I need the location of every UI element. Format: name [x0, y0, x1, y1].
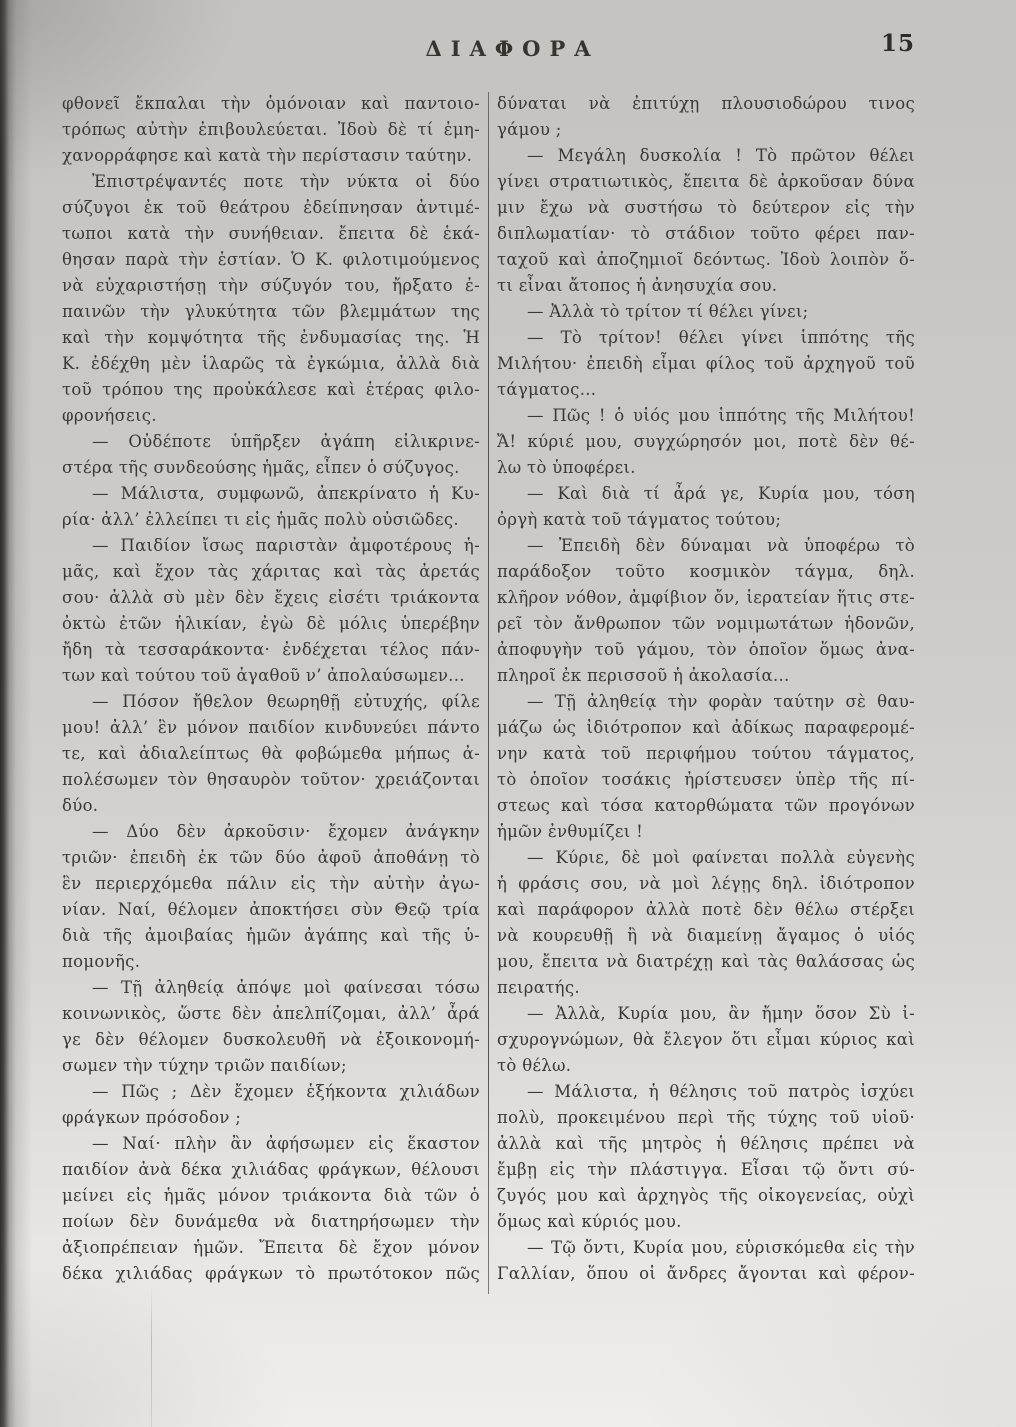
text-line: πολέσωμεν τὸν θησαυρὸν τοῦτον· χρειάζοντ… — [62, 767, 480, 793]
text-line: — Τῇ ἀληθείᾳ ἀπόψε μοὶ φαίνεσαι τόσω — [62, 975, 480, 1001]
text-line: τι εἶναι ἄτοπος ἡ ἀνησυχία σου. — [497, 273, 915, 299]
text-line: ὅμως καὶ κύριός μου. — [497, 1209, 915, 1235]
text-line: μᾶς, καὶ ἔχον τὰς χάριτας καὶ τὰς ἀρετάς — [62, 559, 480, 585]
text-line: τὸ θέλω. — [497, 1053, 915, 1079]
text-line: τε, καὶ ἀδιαλείπτως θὰ φοβώμεθα μήπως ἀ- — [62, 741, 480, 767]
text-line: — Ναί· πλὴν ἂν ἀφήσωμεν εἰς ἕκαστον — [62, 1131, 480, 1157]
text-line: — Τὸ τρίτον! θέλει γίνει ἱππότης τῆς — [497, 325, 915, 351]
page-header-title: ΔΙΑΦΟΡΑ — [0, 36, 1016, 61]
text-line: πομονῆς. — [62, 949, 480, 975]
text-line: — Ἀλλὰ τὸ τρίτον τί θέλει γίνει; — [497, 299, 915, 325]
text-line: ἡ φράσις σου, νὰ μοὶ λέγῃς δηλ. ἰδιότροπ… — [497, 871, 915, 897]
text-line: μου! ἀλλ’ ἓν μόνον παιδίον κινδυνεύει πά… — [62, 715, 480, 741]
text-line: φρονήσεις. — [62, 403, 480, 429]
text-line: ὀργὴ κατὰ τοῦ τάγματος τούτου; — [497, 507, 915, 533]
text-line: μείνει εἰς ἡμᾶς μόνον τριάκοντα διὰ τῶν … — [62, 1183, 480, 1209]
text-line: διὰ τῆς ἀμοιβαίας ἡμῶν ἀγάπης καὶ τῆς ὑ- — [62, 923, 480, 949]
text-line: — Οὐδέποτε ὑπῆρξεν ἀγάπη εἰλικρινε- — [62, 429, 480, 455]
text-line: γάμου ; — [497, 117, 915, 143]
text-line: ρία· ἀλλ’ ἐλλείπει τι εἰς ἡμᾶς πολὺ οὐσι… — [62, 507, 480, 533]
text-line: στέρα τῆς συνδεούσης ἡμᾶς, εἶπεν ὁ σύζυγ… — [62, 455, 480, 481]
text-line: ρεῖ τὸν ἄνθρωπον τῶν νομιμωτάτων ἡδονῶν, — [497, 611, 915, 637]
page-number: 15 — [881, 30, 915, 57]
text-line: — Καὶ διὰ τί ἆρά γε, Κυρία μου, τόση — [497, 481, 915, 507]
text-line: — Παιδίον ἴσως παριστὰν ἀμφοτέρους ἡ- — [62, 533, 480, 559]
text-block: φθονεῖ ἔκπαλαι τὴν ὁμόνοιαν καὶ παντοιο-… — [62, 91, 915, 1294]
text-line: — Δύο δὲν ἀρκοῦσιν· ἔχομεν ἀνάγκην — [62, 819, 480, 845]
text-line: ἔμβῃ εἰς τὴν πλάστιγγα. Εἶσαι τῷ ὄντι σύ… — [497, 1157, 915, 1183]
text-line: τοῦ τρόπου της προὐκάλεσε καὶ ἑτέρας φιλ… — [62, 377, 480, 403]
text-line: πληροῖ ἐκ περισσοῦ ἡ ἀκολασία... — [497, 663, 915, 689]
text-line: κλῆρον νόθον, ἀμφίβιον ὄν, ἱερατείαν ἥτι… — [497, 585, 915, 611]
text-line: δύο. — [62, 793, 480, 819]
paper-crease — [151, 1284, 152, 1427]
text-line: μάζω ὡς ἰδιότροπον καὶ ἀδίκως παραφερομέ… — [497, 715, 915, 741]
text-line: — Μάλιστα, συμφωνῶ, ἀπεκρίνατο ἡ Κυ- — [62, 481, 480, 507]
text-line: — Πόσον ἤθελον θεωρηθῇ εὐτυχής, φίλε — [62, 689, 480, 715]
text-line: — Πῶς ; Δὲν ἔχομεν ἑξήκοντα χιλιάδων — [62, 1079, 480, 1105]
left-column: φθονεῖ ἔκπαλαι τὴν ὁμόνοιαν καὶ παντοιο-… — [62, 91, 480, 1294]
text-line: — Τῇ ἀληθείᾳ τὴν φορὰν ταύτην σὲ θαυ- — [497, 689, 915, 715]
text-line: νίαν. Ναί, θέλομεν ἀποκτήσει σὺν Θεῷ τρί… — [62, 897, 480, 923]
text-line: καὶ τὴν κομψότητα τῆς ἐνδυμασίας της. Ἡ — [62, 325, 480, 351]
text-line: καὶ παράφορον ἀλλὰ ποτὲ δὲν θέλω στέρξει — [497, 897, 915, 923]
text-line: διπλωματίαν· τὸ στάδιον τοῦτο φέρει παν- — [497, 221, 915, 247]
column-divider-line — [488, 92, 489, 1294]
text-line: σωμεν τὴν τύχην τριῶν παιδίων; — [62, 1053, 480, 1079]
text-line: σου· ἀλλὰ σὺ μὲν δὲν ἔχεις εἰσέτι τριάκο… — [62, 585, 480, 611]
text-line: Κ. ἐδέχθη μὲν ἱλαρῶς τὰ ἐγκώμια, ἀλλὰ δι… — [62, 351, 480, 377]
text-line: παράδοξον τοῦτο κοσμικὸν τάγμα, δηλ. — [497, 559, 915, 585]
text-line: πειρατής. — [497, 975, 915, 1001]
text-line: — Ἀλλὰ, Κυρία μου, ἂν ἤμην ὅσον Σὺ ἰ- — [497, 1001, 915, 1027]
text-line: ἀλλὰ καὶ τῆς μητρὸς ἡ θέλησις πρέπει νὰ — [497, 1131, 915, 1157]
text-line: γίνει στρατιωτικὸς, ἔπειτα δὲ ἀρκοῦσαν δ… — [497, 169, 915, 195]
text-line: παινῶν τὴν γλυκύτητα τῶν βλεμμάτων της — [62, 299, 480, 325]
text-line: Ἐπιστρέψαντές ποτε τὴν νύκτα οἱ δύο — [62, 169, 480, 195]
text-line: τρόπως αὐτὴν ἐπιβουλεύεται. Ἰδοὺ δὲ τί ἐ… — [62, 117, 480, 143]
text-line: φθονεῖ ἔκπαλαι τὴν ὁμόνοιαν καὶ παντοιο- — [62, 91, 480, 117]
text-line: — Μάλιστα, ἡ θέλησις τοῦ πατρὸς ἰσχύει — [497, 1079, 915, 1105]
text-line: γε δὲν θέλομεν δυσκολευθῆ νὰ ἐξοικονομή- — [62, 1027, 480, 1053]
text-line: Μιλήτου· ἐπειδὴ εἶμαι φίλος τοῦ ἀρχηγοῦ … — [497, 351, 915, 377]
text-line: μιν ἔχω νὰ συστήσω τὸ δεύτερον εἰς τὴν — [497, 195, 915, 221]
text-line: τάγματος... — [497, 377, 915, 403]
text-line: — Πῶς ! ὁ υἱός μου ἱππότης τῆς Μιλήτου! — [497, 403, 915, 429]
text-line: Ἄ! κύριέ μου, συγχώρησόν μοι, ποτὲ δὲν θ… — [497, 429, 915, 455]
text-line: σχυρογνώμων, θὰ ἔλεγον ὅτι εἶμαι κύριος … — [497, 1027, 915, 1053]
text-line: των καὶ τούτου τοῦ ἀγαθοῦ ν’ ἀπολαύσωμεν… — [62, 663, 480, 689]
text-line: τὸ ὁποῖον τοσάκις ἠρίστευσεν ὑπὲρ τῆς πί… — [497, 767, 915, 793]
text-line: πολὺ, προκειμένου περὶ τῆς τύχης τοῦ υἱο… — [497, 1105, 915, 1131]
text-line: — Τῷ ὄντι, Κυρία μου, εὑρισκόμεθα εἰς τὴ… — [497, 1235, 915, 1261]
text-line: ζυγός μου καὶ ἀρχηγὸς τῆς οἰκογενείας, ο… — [497, 1183, 915, 1209]
right-column: δύναται νὰ ἐπιτύχῃ πλουσιοδώρου τινοςγάμ… — [497, 91, 915, 1294]
text-line: μου, ἔπειτα νὰ διατρέχῃ καὶ τὰς θαλάσσας… — [497, 949, 915, 975]
text-line: δύναται νὰ ἐπιτύχῃ πλουσιοδώρου τινος — [497, 91, 915, 117]
text-line: θησαν παρὰ τὴν ἑστίαν. Ὁ Κ. φιλοτιμούμεν… — [62, 247, 480, 273]
text-line: δέκα χιλιάδας φράγκων τὸ πρωτότοκον πῶς — [62, 1261, 480, 1287]
text-line: Γαλλίαν, ὅπου οἱ ἄνδρες ἄγονται καὶ φέρο… — [497, 1261, 915, 1287]
text-line: νην κατὰ τοῦ περιφήμου τούτου τάγματος, — [497, 741, 915, 767]
text-line: ποίων δὲν δυνάμεθα νὰ διατηρήσωμεν τὴν — [62, 1209, 480, 1235]
text-line: τωποι κατὰ τὴν συνήθειαν. ἔπειτα δὲ ἑκά- — [62, 221, 480, 247]
text-line: λω τὸ ὑποφέρει. — [497, 455, 915, 481]
text-line: στεως καὶ τόσα κατορθώματα τῶν προγόνων — [497, 793, 915, 819]
text-line: χανορράφησε καὶ κατὰ τὴν περίστασιν ταύτ… — [62, 143, 480, 169]
text-line: ὀκτὼ ἐτῶν ἡλικίαν, ἐγὼ δὲ μόλις ὑπερέβην — [62, 611, 480, 637]
text-line: ταχοῦ καὶ ἀποζημιοῖ δεόντως. Ἰδοὺ λοιπὸν… — [497, 247, 915, 273]
text-line: νὰ εὐχαριστήσῃ τὴν σύζυγόν του, ἤρξατο ἐ… — [62, 273, 480, 299]
text-line: παιδίον ἀνὰ δέκα χιλιάδας φράγκων, θέλου… — [62, 1157, 480, 1183]
text-line: σύζυγοι ἐκ τοῦ θεάτρου ἐδείπνησαν ἀντιμέ… — [62, 195, 480, 221]
text-line: κοινωνικὸς, ὥστε δὲν ἀπελπίζομαι, ἀλλ’ ἆ… — [62, 1001, 480, 1027]
text-line: ἡμῶν ἐνθυμίζει ! — [497, 819, 915, 845]
text-line: — Ἐπειδὴ δὲν δύναμαι νὰ ὑποφέρω τὸ — [497, 533, 915, 559]
text-line: — Κύριε, δὲ μοὶ φαίνεται πολλὰ εὐγενὴς — [497, 845, 915, 871]
text-line: ἓν περιερχόμεθα πάλιν εἰς τὴν αὐτὴν ἀγω- — [62, 871, 480, 897]
text-line: τριῶν· ἐπειδὴ ἐκ τῶν δύο ἀφοῦ ἀποθάνῃ τὸ — [62, 845, 480, 871]
text-line: ἤδη τὰ τεσσαράκοντα· ἐνδέχεται τέλος πάν… — [62, 637, 480, 663]
text-line: — Μεγάλη δυσκολία ! Τὸ πρῶτον θέλει — [497, 143, 915, 169]
text-line: νὰ κουρευθῇ ἢ νὰ διαμείνῃ ἄγαμος ὁ υἱός — [497, 923, 915, 949]
text-line: ἀξιοπρέπειαν ἡμῶν. Ἔπειτα δὲ ἔχον μόνον — [62, 1235, 480, 1261]
text-line: φράγκων πρόσοδον ; — [62, 1105, 480, 1131]
page: { "header": { "title": "ΔΙΑΦΟΡΑ", "page_… — [0, 0, 1016, 1427]
text-line: ἀποφυγὴν τοῦ γάμου, τὸν ὁποῖον ὅμως ἀνα- — [497, 637, 915, 663]
